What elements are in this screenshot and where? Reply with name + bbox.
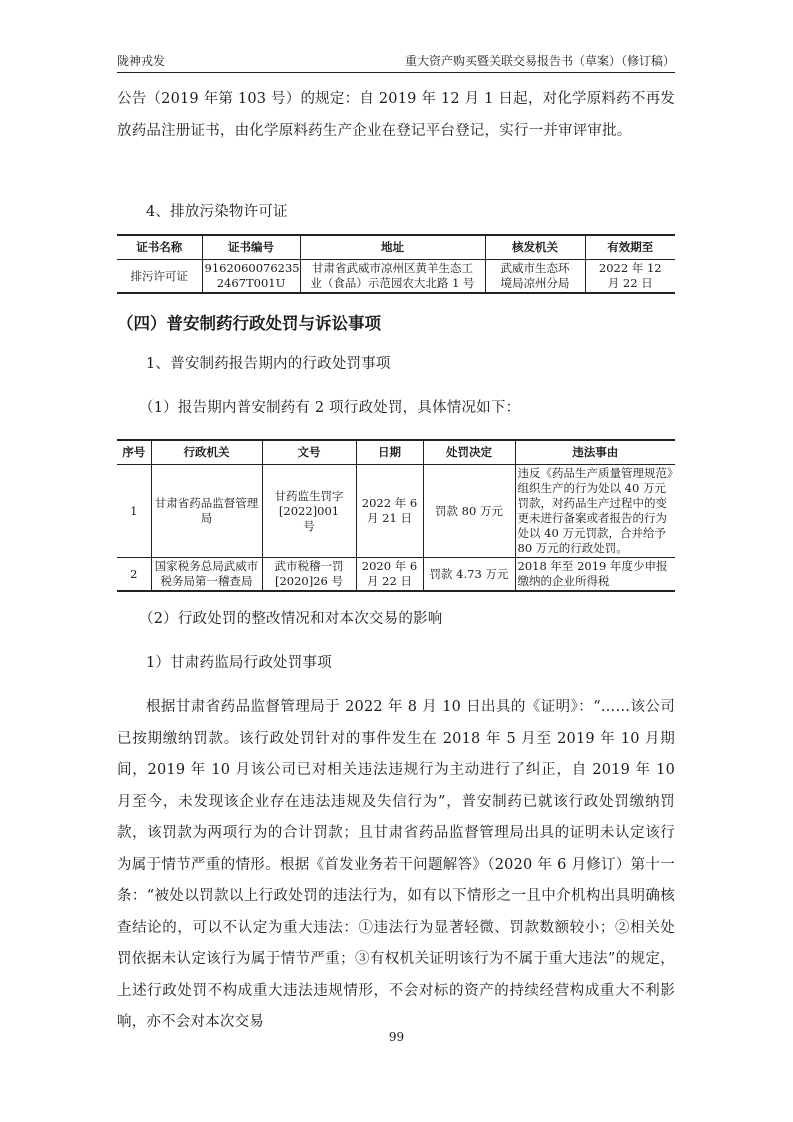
col-reason: 违法事由: [515, 440, 675, 465]
header-doc-title: 重大资产购买暨关联交易报告书（草案）（修订稿）: [405, 52, 675, 70]
section-title: （四）普安制药行政处罚与诉讼事项: [117, 310, 381, 338]
col-address: 地址: [300, 235, 485, 260]
body-paragraph: 根据甘肃省药品监督管理局于 2022 年 8 月 10 日出具的《证明》：“………: [117, 692, 675, 1039]
penalty-reason: 违反《药品生产质量管理规范》组织生产的行为处以 40 万元罚款，对药品生产过程中…: [515, 465, 675, 558]
intro-paragraph: 公告（2019 年第 103 号）的规定：自 2019 年 12 月 1 日起，…: [117, 84, 675, 147]
penalty-table: 序号 行政机关 文号 日期 处罚决定 违法事由 1 甘肃省药品监督管理局 甘药监…: [117, 439, 675, 592]
page-number: 99: [0, 1030, 793, 1044]
table-row: 1 甘肃省药品监督管理局 甘药监生罚字[2022]001 号 2022 年 6 …: [117, 465, 675, 558]
penalty-reason: 2018 年至 2019 年度少申报缴纳的企业所得税: [515, 558, 675, 592]
cert-number-line1: 9162060076235: [205, 261, 298, 276]
penalty-table-header: 序号 行政机关 文号 日期 处罚决定 违法事由: [117, 440, 675, 465]
col-decision: 处罚决定: [423, 440, 515, 465]
col-doc-no: 文号: [262, 440, 356, 465]
penalty-no: 2: [117, 558, 151, 592]
penalty-doc-no: 甘药监生罚字[2022]001 号: [262, 465, 356, 558]
cert-issuer: 武威市生态环境局凉州分局: [485, 260, 585, 294]
col-cert-number: 证书编号: [202, 235, 300, 260]
sub-heading-1-1: （1）报告期内普安制药有 2 项行政处罚，具体情况如下：: [117, 393, 675, 425]
penalty-date: 2020 年 6 月 22 日: [356, 558, 423, 592]
cert-name: 排污许可证: [117, 260, 202, 294]
penalty-authority: 国家税务总局武威市税务局第一稽查局: [151, 558, 262, 592]
penalty-authority: 甘肃省药品监督管理局: [151, 465, 262, 558]
sub-heading-1-2-1: 1）甘肃药监局行政处罚事项: [117, 648, 675, 680]
permit-table: 证书名称 证书编号 地址 核发机关 有效期至 排污许可证 91620600762…: [117, 234, 675, 294]
permit-table-header: 证书名称 证书编号 地址 核发机关 有效期至: [117, 235, 675, 260]
cert-number-line2: 2467T001U: [205, 276, 298, 291]
col-date: 日期: [356, 440, 423, 465]
cert-number: 9162060076235 2467T001U: [202, 260, 300, 294]
col-cert-name: 证书名称: [117, 235, 202, 260]
penalty-decision: 罚款 4.73 万元: [423, 558, 515, 592]
sub-heading-1-2: （2）行政处罚的整改情况和对本次交易的影响: [117, 604, 675, 636]
sub-heading-1: 1、普安制药报告期内的行政处罚事项: [117, 349, 675, 381]
col-authority: 行政机关: [151, 440, 262, 465]
col-no: 序号: [117, 440, 151, 465]
permit-heading: 4、排放污染物许可证: [117, 197, 675, 229]
cert-address: 甘肃省武威市凉州区黄羊生态工业（食品）示范园农大北路 1 号: [300, 260, 485, 294]
penalty-no: 1: [117, 465, 151, 558]
header-company: 陇神戎发: [117, 52, 165, 70]
penalty-doc-no: 武市税稽一罚[2020]26 号: [262, 558, 356, 592]
col-valid-until: 有效期至: [585, 235, 675, 260]
page-header: 陇神戎发 重大资产购买暨关联交易报告书（草案）（修订稿）: [117, 52, 675, 73]
cert-valid-until: 2022 年 12 月 22 日: [585, 260, 675, 294]
penalty-decision: 罚款 80 万元: [423, 465, 515, 558]
penalty-date: 2022 年 6 月 21 日: [356, 465, 423, 558]
col-issuer: 核发机关: [485, 235, 585, 260]
table-row: 排污许可证 9162060076235 2467T001U 甘肃省武威市凉州区黄…: [117, 260, 675, 294]
document-page: 陇神戎发 重大资产购买暨关联交易报告书（草案）（修订稿） 公告（2019 年第 …: [0, 0, 793, 1122]
table-row: 2 国家税务总局武威市税务局第一稽查局 武市税稽一罚[2020]26 号 202…: [117, 558, 675, 592]
